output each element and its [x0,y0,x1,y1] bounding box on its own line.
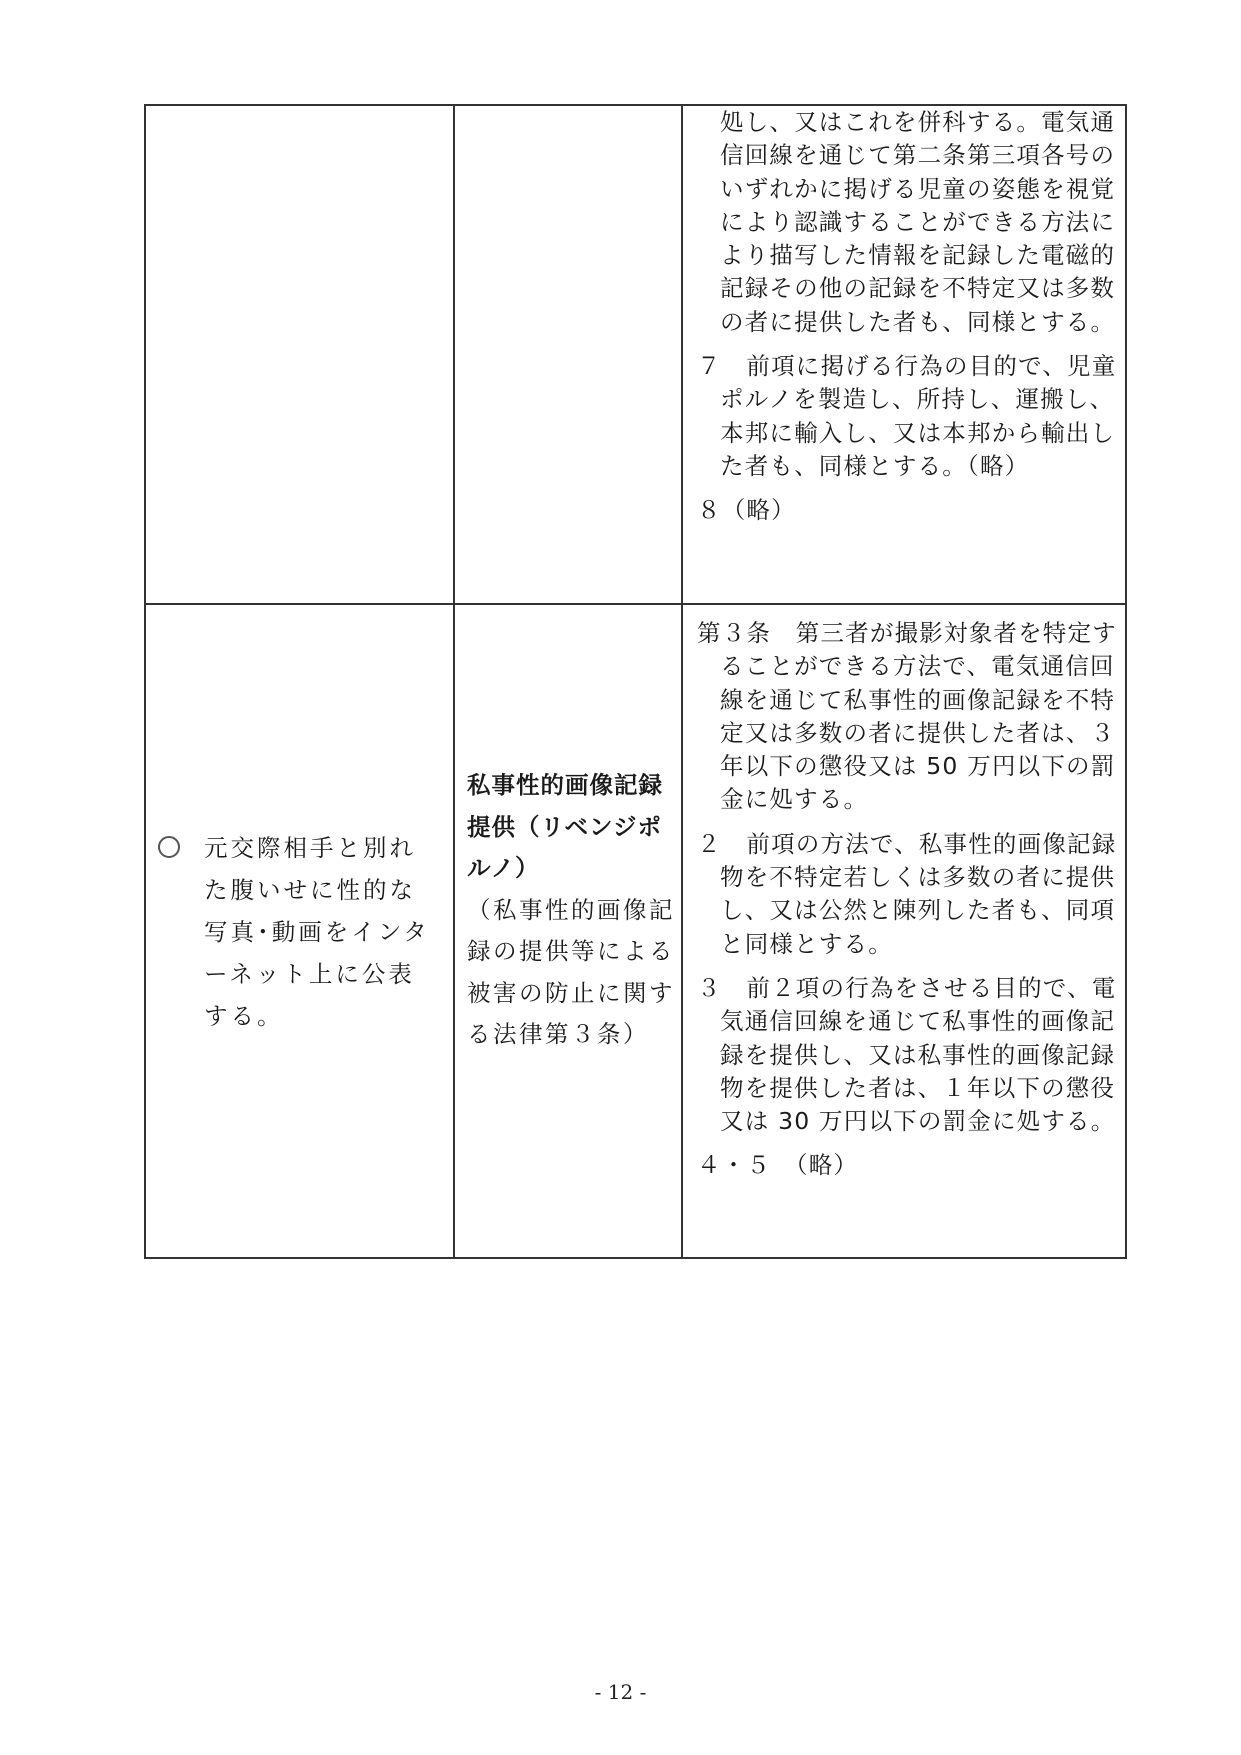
law-text-cell: 第３条 第三者が撮影対象者を特定することができる方法で、電気通信回線を通じて私事… [682,604,1126,1258]
offense-law-reference: （私事性的画像記録の提供等による被害の防止に関する法律第３条） [467,890,677,1056]
page-number: - 12 - [0,1680,1241,1704]
offense-cell: 私事性的画像記録提供（リベンジポルノ） （私事性的画像記録の提供等による被害の防… [454,604,682,1258]
offense-name: 私事性的画像記録提供（リベンジポルノ） [467,765,677,890]
law-text-cell: 処し、又はこれを併科する。電気通信回線を通じて第二条第三項各号のいずれかに掲げる… [682,105,1126,604]
law-comparison-table: 処し、又はこれを併科する。電気通信回線を通じて第二条第三項各号のいずれかに掲げる… [144,104,1127,1259]
law-paragraph-8: ８（略） [697,494,1117,527]
case-description: 元交際相手と別れた腹いせに性的な写真･動画をインターネット上に公表する。 [204,827,438,1037]
table-row: 処し、又はこれを併科する。電気通信回線を通じて第二条第三項各号のいずれかに掲げる… [145,105,1126,604]
case-cell [145,105,454,604]
law-paragraph-3: ３ 前２項の行為をさせる目的で、電気通信回線を通じて私事性的画像記録を提供し、又… [697,972,1117,1138]
law-article-3: 第３条 第三者が撮影対象者を特定することができる方法で、電気通信回線を通じて私事… [697,617,1117,817]
circle-bullet-icon [158,836,180,858]
offense-cell [454,105,682,604]
law-paragraph-2: ２ 前項の方法で、私事性的画像記録物を不特定若しくは多数の者に提供し、又は公然と… [697,828,1117,961]
document-page: 処し、又はこれを併科する。電気通信回線を通じて第二条第三項各号のいずれかに掲げる… [0,0,1241,1755]
law-paragraph-continuation: 処し、又はこれを併科する。電気通信回線を通じて第二条第三項各号のいずれかに掲げる… [697,106,1117,339]
table-row: 元交際相手と別れた腹いせに性的な写真･動画をインターネット上に公表する。 私事性… [145,604,1126,1258]
law-paragraph-4-5: ４・５ （略） [697,1149,1117,1182]
case-cell: 元交際相手と別れた腹いせに性的な写真･動画をインターネット上に公表する。 [145,604,454,1258]
law-paragraph-7: ７ 前項に掲げる行為の目的で、児童ポルノを製造し、所持し、運搬し、本邦に輸入し、… [697,350,1117,483]
